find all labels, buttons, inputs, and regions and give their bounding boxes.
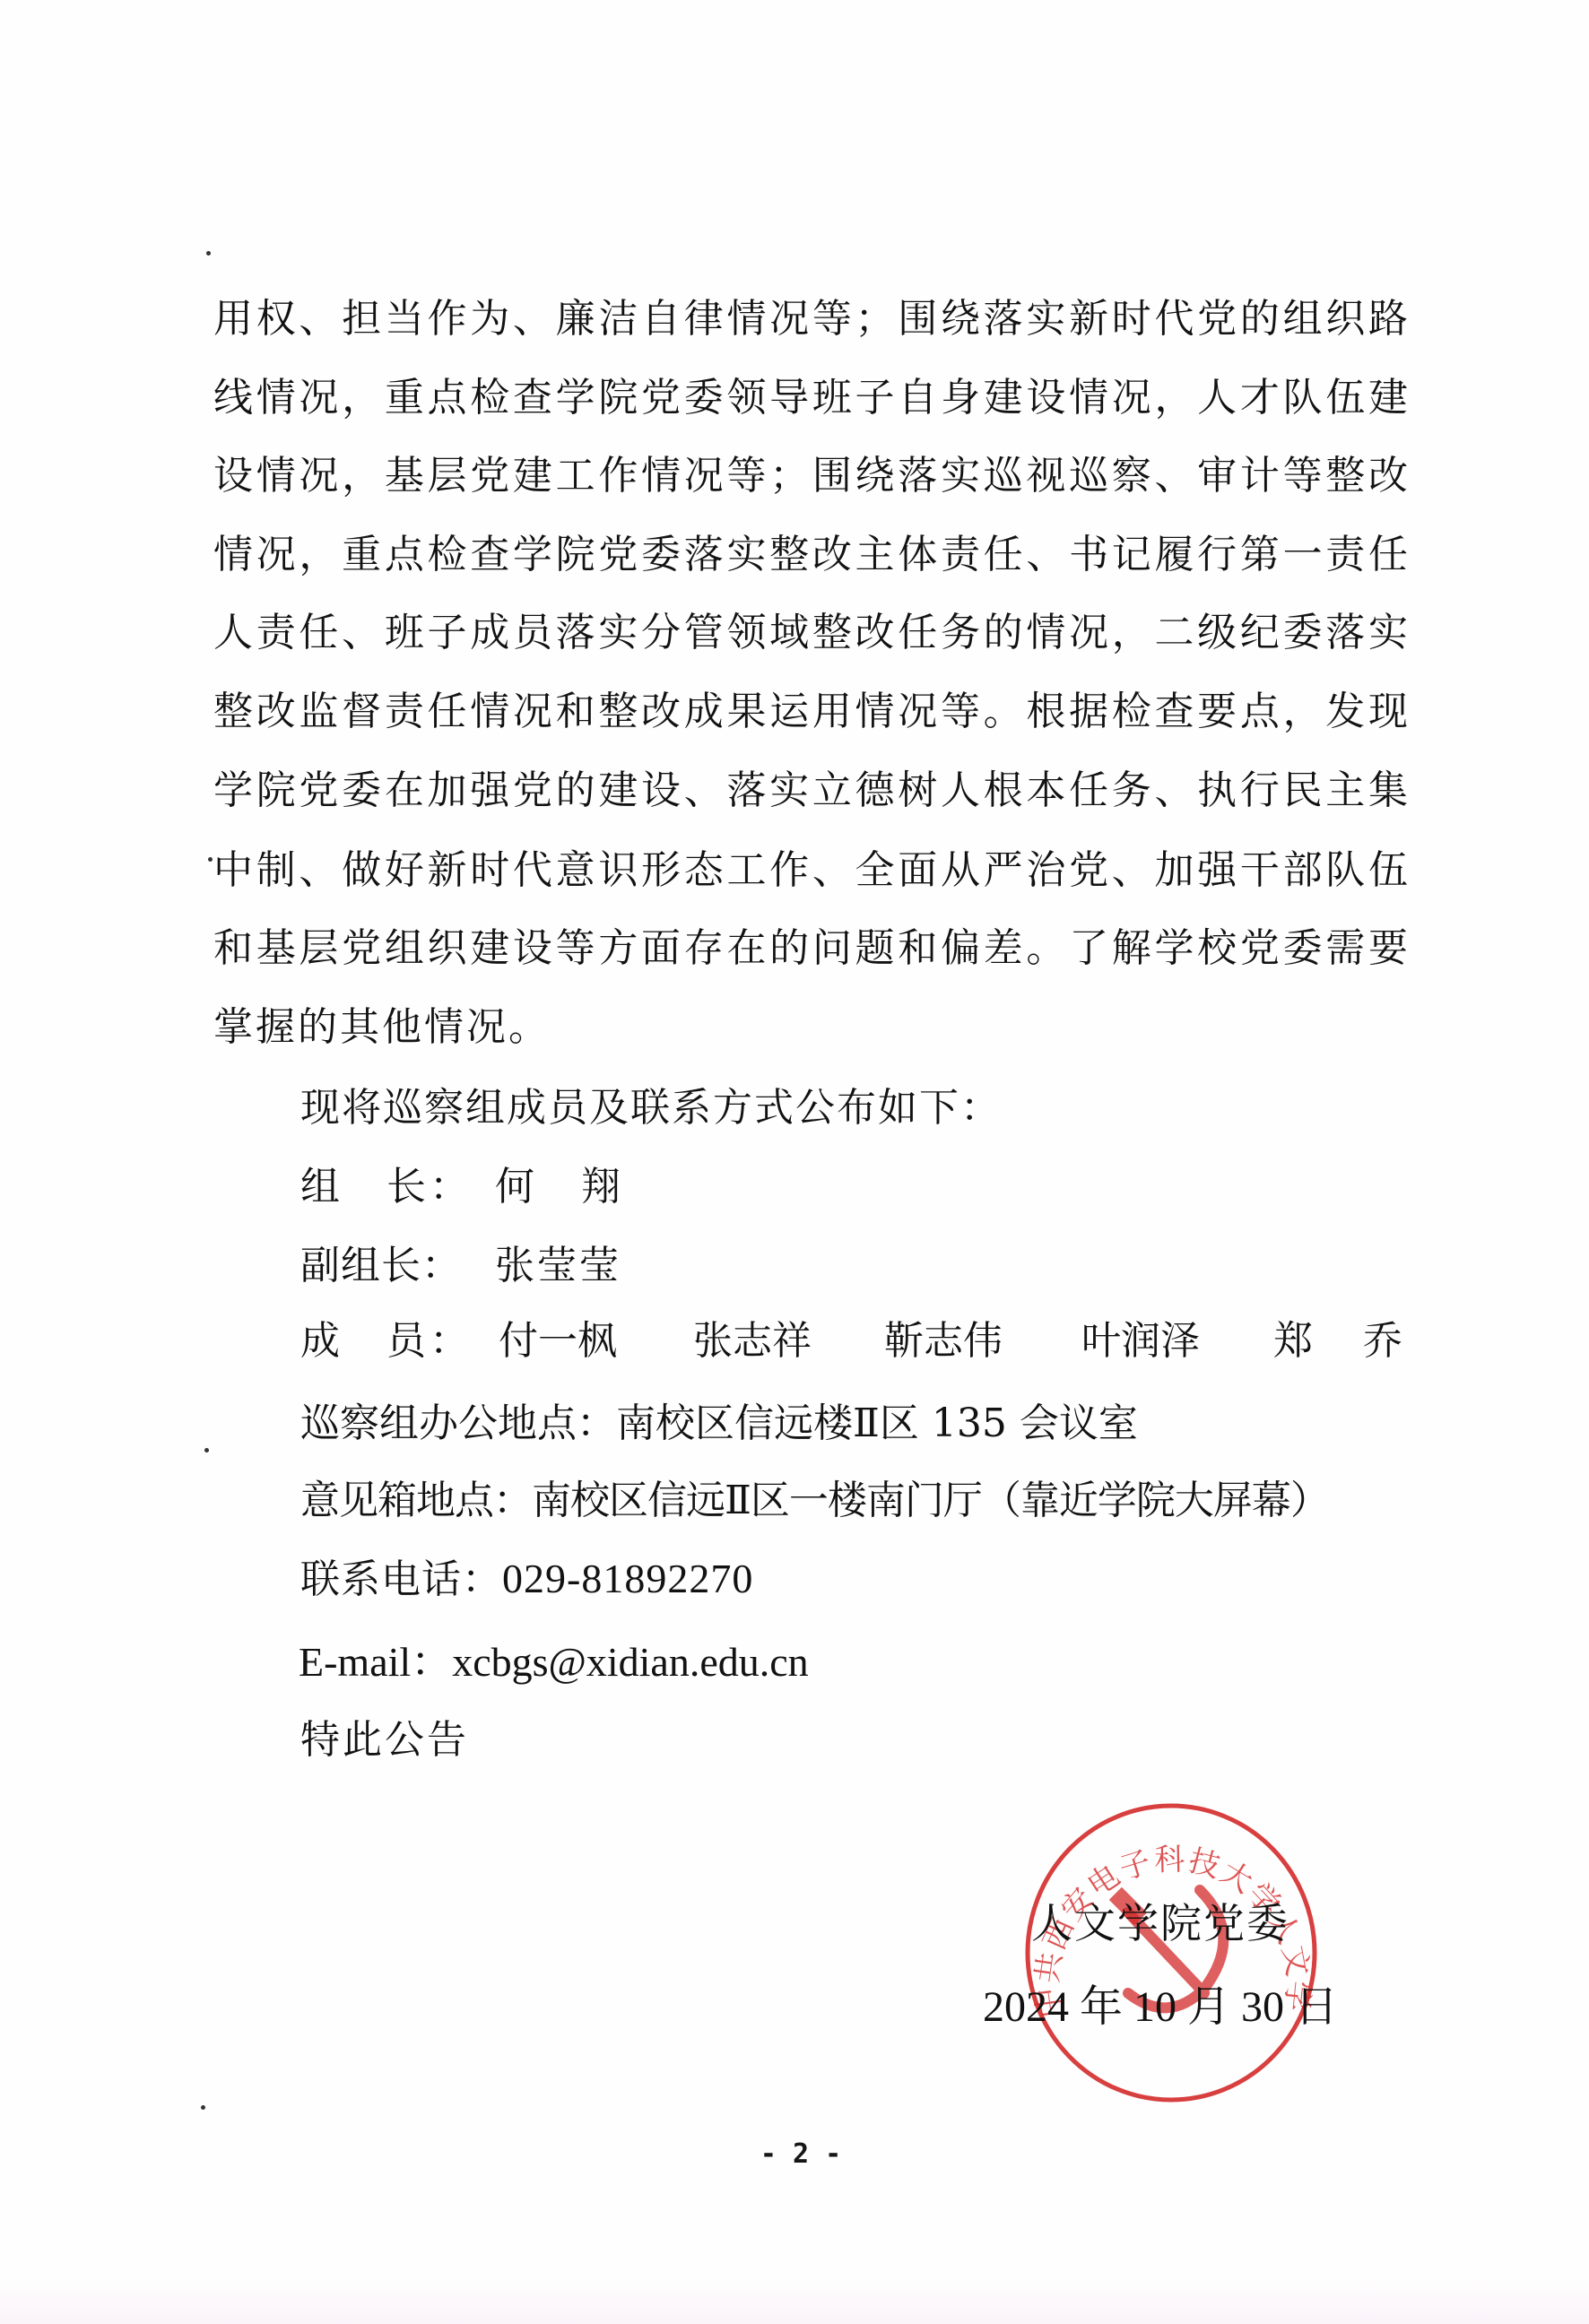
body-line: 设情况，基层党建工作情况等；围绕落实巡视巡察、审计等整改 (213, 453, 1408, 499)
member-name: 叶润泽 (1081, 1318, 1200, 1365)
scan-smudge (0, 2277, 1589, 2324)
email-label: E-mail： (299, 1639, 452, 1685)
email-row: E-mail：xcbgs@xidian.edu.cn (299, 1639, 809, 1686)
suggestion-box-label: 意见箱地点： (300, 1478, 532, 1523)
office-location-label: 巡察组办公地点： (300, 1400, 616, 1446)
member-name: 乔 (1363, 1318, 1402, 1365)
body-line: 情况，重点检查学院党委落实整改主体责任、书记履行第一责任 (213, 532, 1408, 578)
scan-dot (201, 2105, 205, 2110)
leader-name-part: 翔 (581, 1164, 621, 1210)
issuer-signature: 人文学院党委 (1031, 1899, 1289, 1947)
scan-dot (206, 251, 211, 256)
suggestion-box-row: 意见箱地点：南校区信远Ⅱ区一楼南门厅（靠近学院大屏幕） (300, 1478, 1329, 1524)
deputy-leader-row: 副组长： 张莹莹 (300, 1243, 659, 1289)
document-page: 用权、担当作为、廉洁自律情况等；围绕落实新时代党的组织路 线情况，重点检查学院党… (0, 0, 1589, 2324)
body-line: 人责任、班子成员落实分管领域整改任务的情况，二级纪委落实 (213, 610, 1408, 656)
member-name: 张志祥 (693, 1318, 812, 1365)
closing-text: 特此公告 (300, 1717, 469, 1764)
leader-name-part: 何 (495, 1164, 534, 1210)
phone-row: 联系电话：029-81892270 (300, 1556, 753, 1602)
phone-label: 联系电话： (300, 1557, 502, 1602)
suggestion-box-value: 南校区信远Ⅱ区一楼南门厅（靠近学院大屏幕） (532, 1478, 1329, 1523)
body-line: 整改监督责任情况和整改成果运用情况等。根据检查要点，发现 (213, 689, 1408, 735)
body-line-last: 掌握的其他情况。 (213, 1004, 551, 1051)
page-number: - 2 - (756, 2138, 846, 2170)
official-seal-icon: 中共西安电子科技大学人文学院委员会 (1020, 1800, 1322, 2105)
body-line: 和基层党组织建设等方面存在的问题和偏差。了解学校党委需要 (213, 925, 1408, 972)
leader-row: 组 长： 何 翔 (300, 1164, 659, 1210)
office-location-row: 巡察组办公地点：南校区信远楼Ⅱ区 135 会议室 (300, 1400, 1138, 1447)
scan-dot (208, 857, 213, 862)
members-intro: 现将巡察组成员及联系方式公布如下： (300, 1085, 1002, 1132)
body-line: 用权、担当作为、廉洁自律情况等；围绕落实新时代党的组织路 (213, 296, 1408, 343)
deputy-leader-name: 张莹莹 (495, 1243, 621, 1289)
scan-dot (204, 1448, 209, 1452)
members-row: 成 员： 付一枫 张志祥 靳志伟 叶润泽 郑 乔 (300, 1318, 1421, 1365)
office-location-value: 南校区信远楼Ⅱ区 135 会议室 (616, 1400, 1138, 1446)
body-line: 中制、做好新时代意识形态工作、全面从严治党、加强干部队伍 (213, 847, 1408, 894)
members-label: 成 员： (300, 1318, 473, 1365)
member-name: 郑 (1273, 1318, 1313, 1365)
body-line: 学院党委在加强党的建设、落实立德树人根本任务、执行民主集 (213, 767, 1408, 814)
body-line: 线情况，重点检查学院党委领导班子自身建设情况，人才队伍建 (213, 375, 1408, 421)
issue-date: 2024 年 10 月 30 日 (983, 1983, 1338, 2032)
member-name: 靳志伟 (884, 1318, 1003, 1365)
leader-label: 组 长： (300, 1164, 473, 1210)
email-address[interactable]: xcbgs@xidian.edu.cn (452, 1639, 809, 1685)
phone-number: 029-81892270 (502, 1556, 753, 1601)
member-name: 付一枫 (499, 1318, 617, 1365)
deputy-leader-label: 副组长： (300, 1243, 462, 1289)
